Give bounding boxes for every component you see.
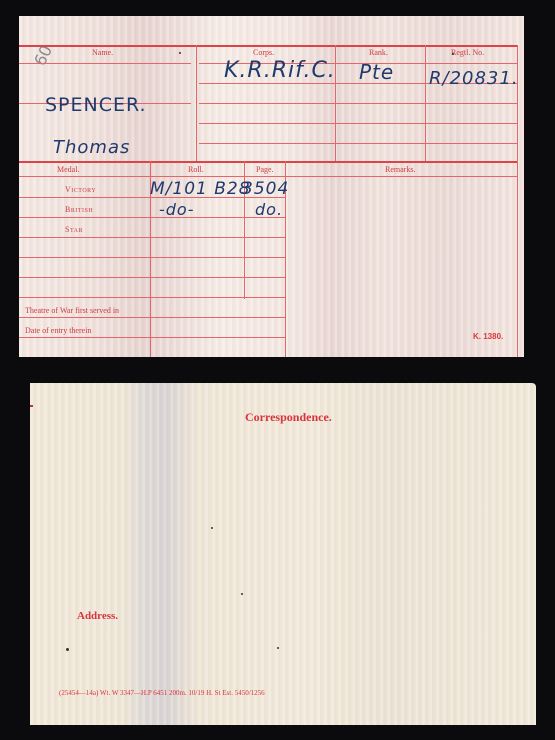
- medal-british: British: [65, 205, 93, 214]
- rank-entry: Pte: [359, 60, 394, 84]
- forename-entry: Thomas: [53, 137, 130, 158]
- top-rule: [19, 45, 517, 47]
- header-regt-no: Regtl. No.: [451, 48, 484, 57]
- speck: [241, 593, 243, 595]
- rule: [19, 297, 285, 298]
- roll-victory: M/101 B28: [150, 179, 251, 199]
- header-medal: Medal.: [57, 165, 79, 174]
- rule: [19, 277, 285, 278]
- speck: [179, 52, 181, 54]
- header-rank: Rank.: [369, 48, 388, 57]
- header-remarks: Remarks.: [385, 165, 415, 174]
- medal-star: Star: [65, 225, 83, 234]
- surname-entry: SPENCER.: [45, 94, 147, 116]
- rule: [19, 237, 285, 238]
- rule: [19, 63, 191, 64]
- header-page: Page.: [256, 165, 274, 174]
- roll-british: -do-: [159, 200, 195, 219]
- correspondence-label: Correspondence.: [245, 410, 332, 425]
- date-entry-label: Date of entry therein: [25, 326, 91, 335]
- address-label: Address.: [77, 610, 118, 622]
- speck: [452, 53, 454, 55]
- header-name: Name.: [92, 48, 113, 57]
- header-roll: Roll.: [188, 165, 204, 174]
- rule: [19, 337, 285, 338]
- section-rule: [19, 161, 517, 163]
- theatre-label: Theatre of War first served in: [25, 306, 119, 315]
- print-info: (25454—14a) Wt. W 3347—H.P 6451 200m. 10…: [59, 689, 265, 697]
- rule: [19, 176, 517, 177]
- col-divider: [425, 45, 426, 161]
- page-victory: 3504: [242, 179, 289, 199]
- form-code: K. 1380.: [473, 332, 503, 341]
- regt-no-entry: R/20831.: [429, 68, 519, 89]
- speck: [277, 647, 279, 649]
- rule: [199, 143, 517, 144]
- medal-card-front: 60 Name. Corps. Rank. Regtl. No. SPENCER…: [19, 16, 524, 357]
- right-border: [517, 45, 518, 357]
- rule: [199, 123, 517, 124]
- header-corps: Corps.: [253, 48, 274, 57]
- rule: [19, 257, 285, 258]
- speck: [211, 527, 213, 529]
- medal-victory: Victory: [65, 185, 96, 194]
- edge-mark: [30, 405, 33, 407]
- rule: [19, 217, 285, 218]
- col-divider: [196, 45, 197, 161]
- corps-entry: K.R.Rif.C.: [224, 58, 336, 83]
- page-british: do.: [255, 200, 283, 219]
- rule: [199, 103, 517, 104]
- rule: [19, 317, 285, 318]
- speck: [66, 648, 69, 651]
- medal-card-back: Correspondence. Address. (25454—14a) Wt.…: [30, 383, 536, 725]
